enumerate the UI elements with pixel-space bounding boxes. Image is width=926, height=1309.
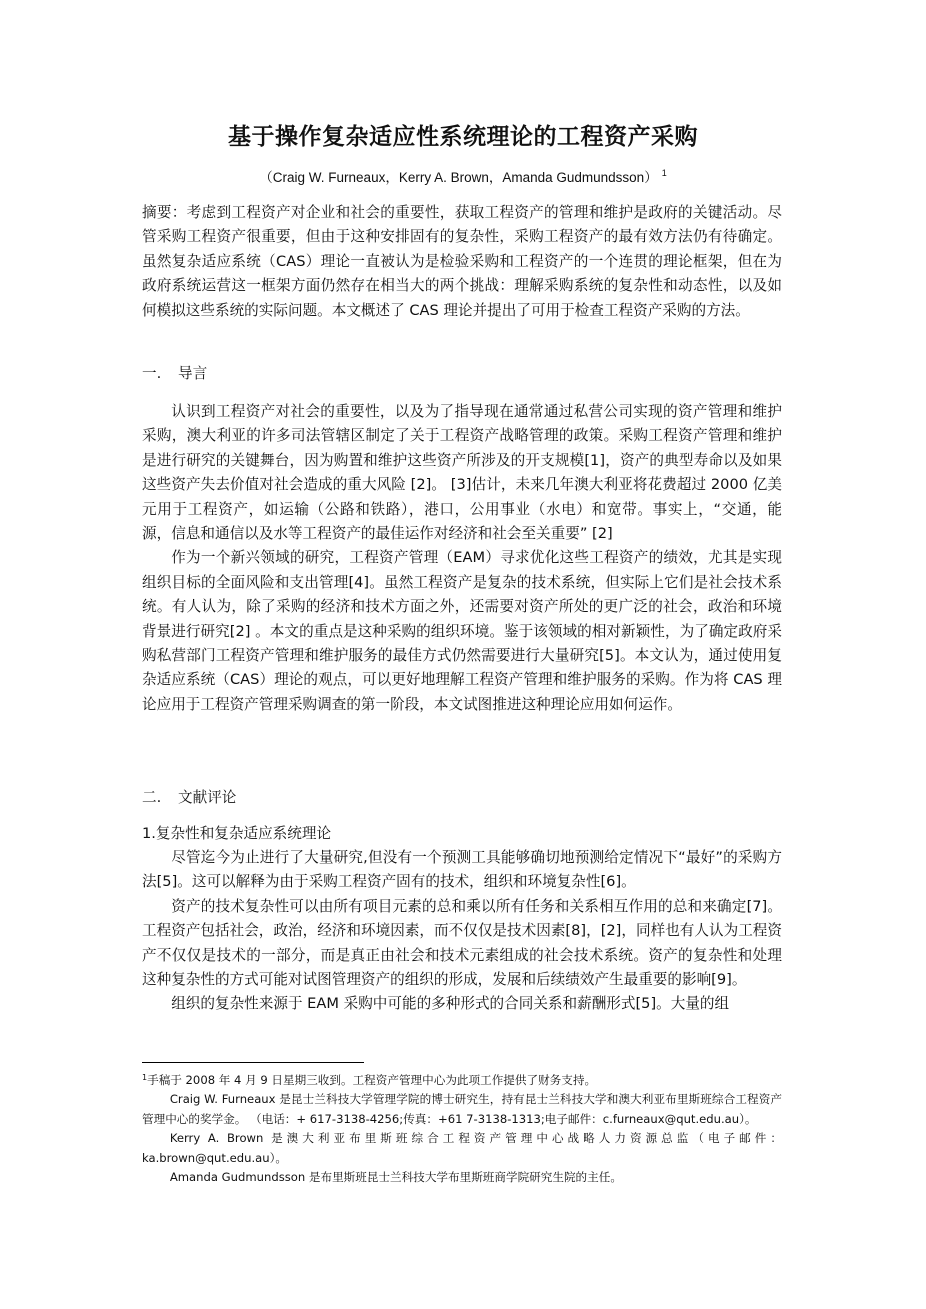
footnote-author-3: Amanda Gudmundsson 是布里斯班昆士兰科技大学布里斯班商学院研究… (142, 1168, 782, 1187)
author-names: （Craig W. Furneaux，Kerry A. Brown，Amanda… (259, 170, 657, 185)
paragraph: 尽管迄今为止进行了大量研究,但没有一个预测工具能够确切地预测给定情况下“最好”的… (142, 846, 782, 895)
section-intro-body: 认识到工程资产对社会的重要性，以及为了指导现在通常通过私营公司实现的资产管理和维… (142, 400, 782, 717)
section-literature-body: 尽管迄今为止进行了大量研究,但没有一个预测工具能够确切地预测给定情况下“最好”的… (142, 846, 782, 1017)
paper-title: 基于操作复杂适应性系统理论的工程资产采购 (0, 120, 926, 154)
paragraph: 作为一个新兴领域的研究，工程资产管理（EAM）寻求优化这些工程资产的绩效，尤其是… (142, 546, 782, 717)
footnote-author-1: Craig W. Furneaux 是昆士兰科技大学管理学院的博士研究生，持有昆… (142, 1090, 782, 1129)
section-number: 二. (142, 786, 178, 810)
section-heading-literature: 二.文献评论 (142, 786, 236, 810)
abstract-text: 摘要：考虑到工程资产对企业和社会的重要性，获取工程资产的管理和维护是政府的关键活… (142, 201, 782, 323)
section-title: 导言 (178, 365, 207, 382)
abstract: 摘要：考虑到工程资产对企业和社会的重要性，获取工程资产的管理和维护是政府的关键活… (142, 201, 782, 323)
section-number: 一. (142, 362, 178, 386)
footnote-divider (142, 1062, 364, 1063)
paragraph: 组织的复杂性来源于 EAM 采购中可能的多种形式的合同关系和薪酬形式[5]。大量… (142, 992, 782, 1016)
footnotes: 1手稿于 2008 年 4 月 9 日星期三收到。工程资产管理中心为此项工作提供… (142, 1068, 782, 1187)
paragraph: 认识到工程资产对社会的重要性，以及为了指导现在通常通过私营公司实现的资产管理和维… (142, 400, 782, 546)
footnote-received: 1手稿于 2008 年 4 月 9 日星期三收到。工程资产管理中心为此项工作提供… (142, 1068, 782, 1090)
footnote-author-2: Kerry A. Brown 是澳大利亚布里斯班综合工程资产管理中心战略人力资源… (142, 1129, 782, 1168)
subsection-heading: 1.复杂性和复杂适应系统理论 (142, 822, 331, 846)
section-heading-intro: 一.导言 (142, 362, 207, 386)
paragraph: 资产的技术复杂性可以由所有项目元素的总和乘以所有任务和关系相互作用的总和来确定[… (142, 895, 782, 993)
section-title: 文献评论 (178, 789, 236, 806)
paper-page: 基于操作复杂适应性系统理论的工程资产采购 （Craig W. Furneaux，… (0, 0, 926, 1309)
author-list: （Craig W. Furneaux，Kerry A. Brown，Amanda… (0, 163, 926, 188)
footnote-mark: 1 (662, 168, 667, 178)
